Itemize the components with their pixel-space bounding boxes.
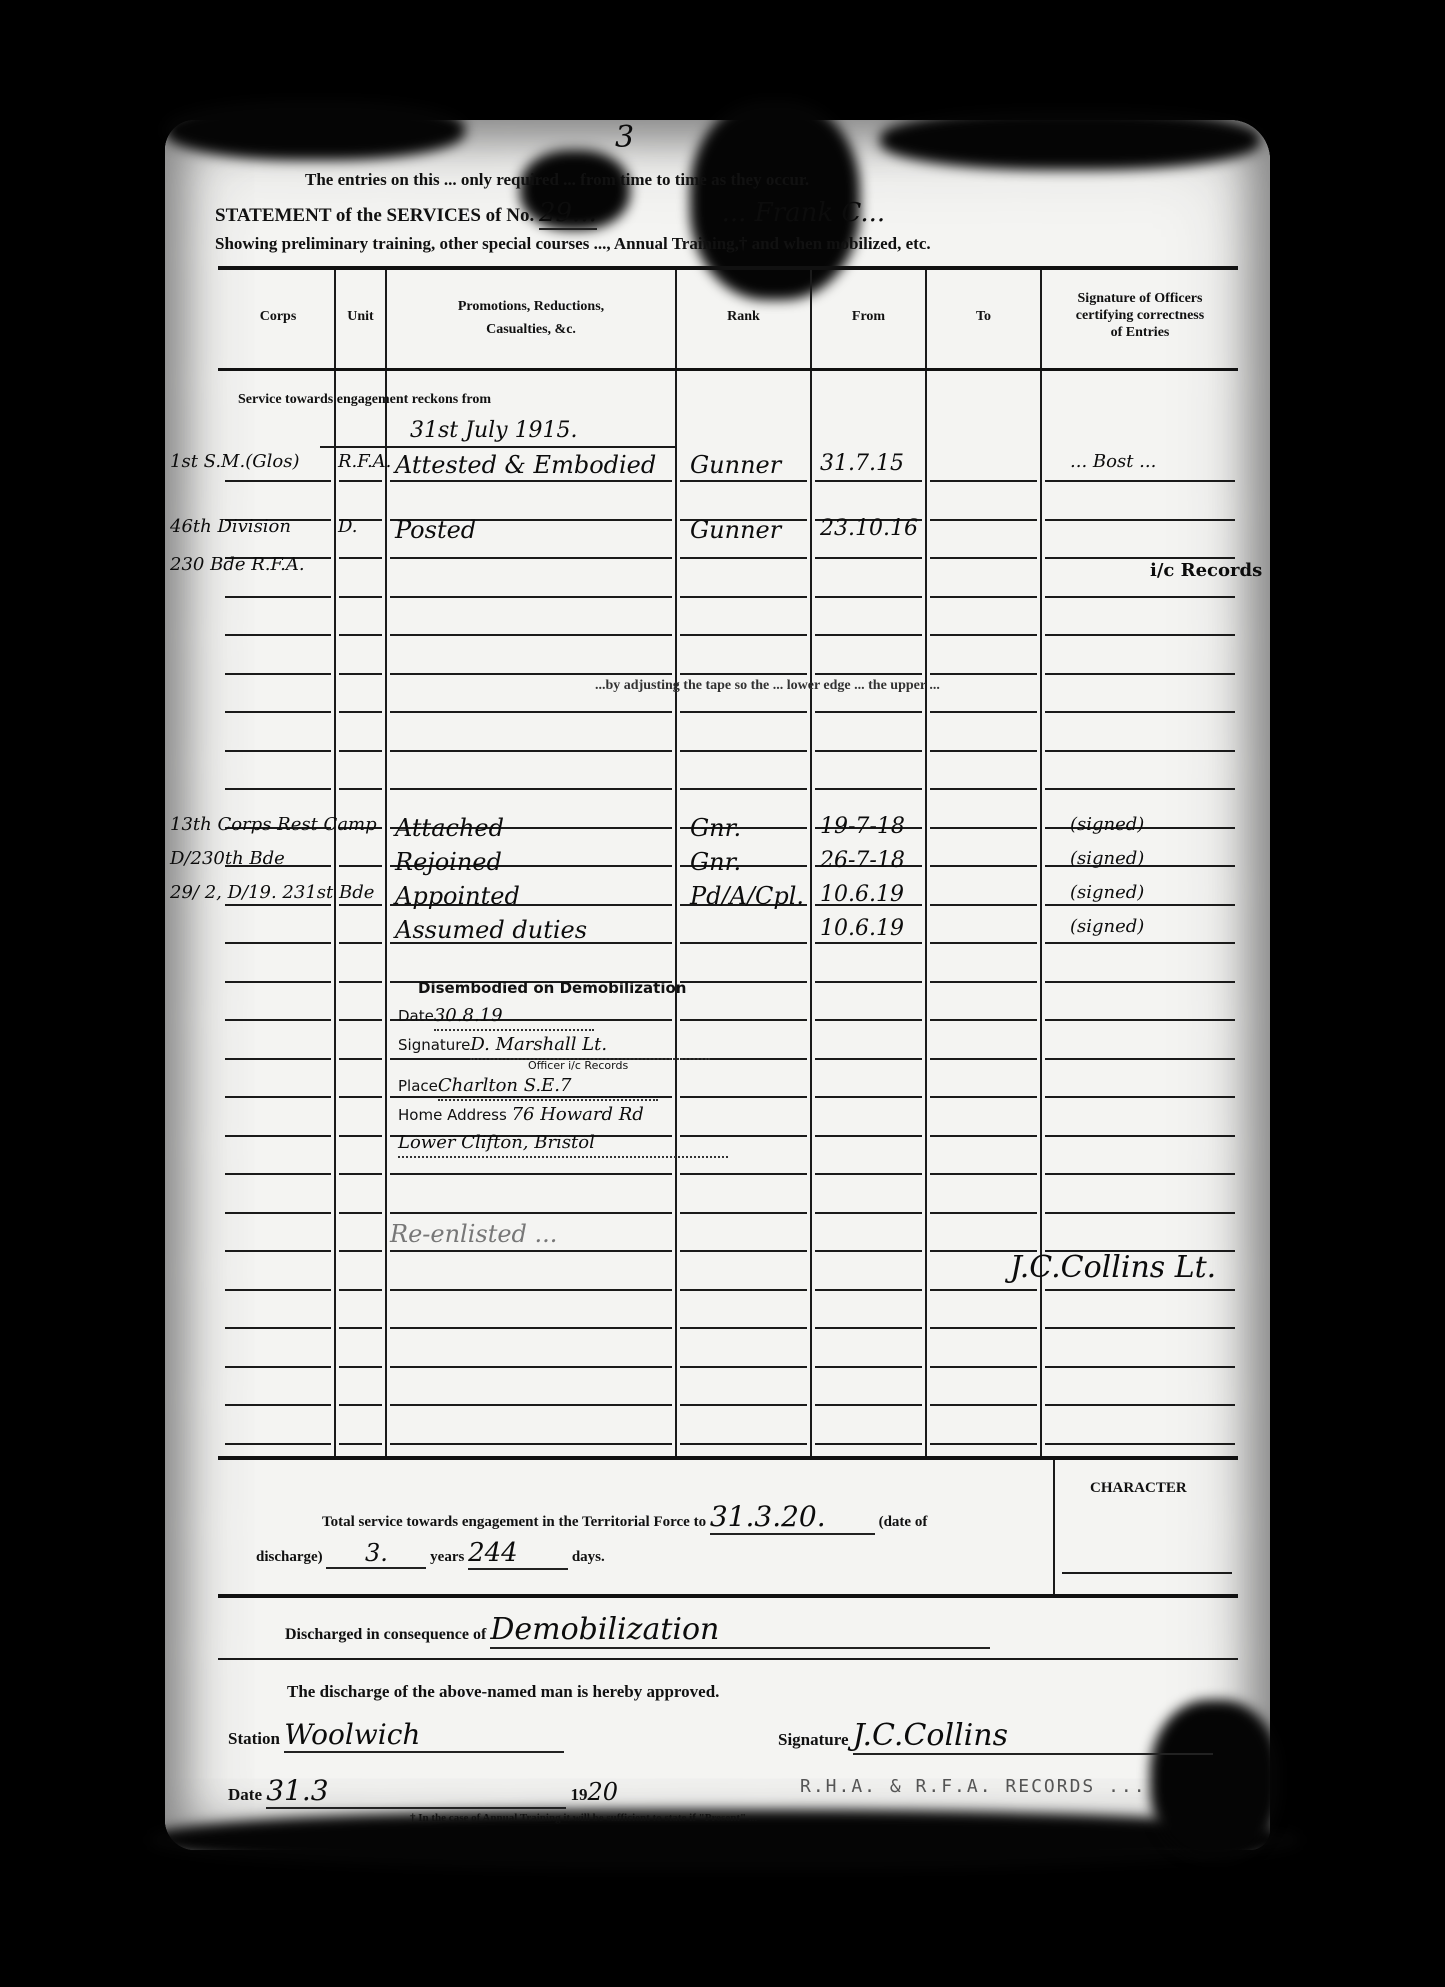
row-rule: [815, 1366, 922, 1368]
row-rule: [225, 1366, 331, 1368]
row-rule: [225, 1443, 331, 1445]
row-rule: [680, 1250, 807, 1252]
row-rule: [390, 1250, 672, 1252]
signature-stamp-records: i/c Records: [1150, 560, 1262, 581]
row-rule: [225, 1289, 331, 1291]
demob-signature-row: SignatureD. Marshall Lt.: [398, 1031, 728, 1060]
row-rule: [339, 1096, 382, 1098]
reckons-underline: [320, 446, 675, 448]
row-rule: [225, 1096, 331, 1098]
row-rule: [339, 1289, 382, 1291]
row-rule: [339, 1212, 382, 1214]
row-rule: [390, 1366, 672, 1368]
entry-officer-signature: (signed): [1070, 882, 1144, 903]
row-rule: [339, 750, 382, 752]
header-promotions: Promotions, Reductions, Casualties, &c.: [387, 298, 675, 338]
row-rule: [339, 1250, 382, 1252]
discharge-label: discharge): [256, 1549, 323, 1565]
entry-corps: D/230th Bde: [170, 848, 285, 869]
row-rule: [930, 596, 1037, 598]
entry-unit: R.F.A.: [338, 451, 391, 472]
row-rule: [225, 1058, 331, 1060]
demob-address-label: Home Address: [398, 1106, 507, 1124]
discharged-reason: Demobilization: [490, 1612, 990, 1649]
row-rule: [339, 981, 382, 983]
row-rule: [1045, 1327, 1235, 1329]
entry-corps: 13th Corps Rest Camp: [170, 814, 377, 835]
reckons-date: 31st July 1915.: [410, 418, 578, 443]
footnote: † In the case of Annual Training it will…: [410, 1812, 757, 1824]
header-promotions-line1: Promotions, Reductions,: [387, 298, 675, 315]
row-rule: [1045, 1096, 1235, 1098]
row-rule: [225, 634, 331, 636]
entry-from: 10.6.19: [820, 916, 904, 941]
row-rule: [225, 750, 331, 752]
demob-signature-value: D. Marshall Lt.: [470, 1031, 710, 1060]
row-rule: [390, 480, 672, 482]
row-rule: [390, 750, 672, 752]
header-signature: Signature of Officers certifying correct…: [1042, 290, 1238, 341]
demob-signature-label: Signature: [398, 1036, 470, 1054]
entry-from: 10.6.19: [820, 882, 904, 907]
row-rule: [930, 942, 1037, 944]
row-rule: [815, 1058, 922, 1060]
date-of-label: (date of: [879, 1514, 928, 1530]
row-rule: [339, 557, 382, 559]
col-divider: [334, 270, 336, 1460]
row-rule: [390, 1404, 672, 1406]
row-rule: [815, 942, 922, 944]
col-divider: [675, 270, 677, 1460]
title-prefix: STATEMENT of the SERVICES of No.: [215, 205, 534, 226]
row-rule: [225, 788, 331, 790]
demob-date-row: Date30.8.19: [398, 1002, 728, 1031]
row-rule: [390, 1212, 672, 1214]
header-bottom-border: [218, 368, 1238, 371]
entry-corps: 46th Division: [170, 516, 291, 537]
row-rule: [339, 1135, 382, 1137]
entry-rank: Gnr.: [690, 848, 741, 876]
row-rule: [1045, 1058, 1235, 1060]
signature-label: Signature: [778, 1730, 849, 1749]
row-rule: [815, 981, 922, 983]
row-rule: [390, 1173, 672, 1175]
row-rule: [930, 480, 1037, 482]
entry-officer-signature: (signed): [1070, 814, 1144, 835]
row-rule: [225, 711, 331, 713]
row-rule: [339, 673, 382, 675]
years-value: 3.: [326, 1539, 426, 1569]
approved-text: The discharge of the above-named man is …: [287, 1682, 719, 1702]
row-rule: [1045, 634, 1235, 636]
row-rule: [815, 1443, 922, 1445]
row-rule: [815, 788, 922, 790]
entry-officer-signature: (signed): [1070, 848, 1144, 869]
entry-from: 31.7.15: [820, 451, 904, 476]
row-rule: [339, 596, 382, 598]
row-rule: [815, 673, 922, 675]
row-rule: [339, 1366, 382, 1368]
row-rule: [930, 557, 1037, 559]
character-underline: [1062, 1572, 1232, 1574]
row-rule: [390, 673, 672, 675]
row-rule: [225, 1019, 331, 1021]
row-rule: [339, 1443, 382, 1445]
date-label: Date: [228, 1785, 262, 1804]
row-rule: [680, 557, 807, 559]
row-rule: [339, 1404, 382, 1406]
row-rule: [680, 750, 807, 752]
row-rule: [225, 596, 331, 598]
row-rule: [930, 904, 1037, 906]
header-signature-line3: of Entries: [1042, 324, 1238, 341]
entry-corps: 1st S.M.(Glos): [170, 451, 299, 472]
row-rule: [390, 634, 672, 636]
entry-corps: 230 Bde R.F.A.: [170, 554, 305, 575]
row-rule: [390, 788, 672, 790]
row-rule: [1045, 1212, 1235, 1214]
row-rule: [225, 480, 331, 482]
header-to: To: [927, 308, 1040, 325]
row-rule: [1045, 981, 1235, 983]
row-rule: [680, 634, 807, 636]
form-title: STATEMENT of the SERVICES of No. 29... .…: [215, 198, 885, 230]
row-rule: [1045, 1404, 1235, 1406]
signature-row: Signature J.C.Collins: [778, 1718, 1213, 1755]
reenlisted-note: Re-enlisted ...: [390, 1220, 557, 1248]
demob-address-line2: Lower Clifton, Bristol: [398, 1129, 728, 1158]
entry-from: 26-7-18: [820, 848, 905, 873]
signature-value: J.C.Collins: [853, 1718, 1213, 1755]
station-value: Woolwich: [284, 1718, 564, 1753]
row-rule: [930, 711, 1037, 713]
row-rule: [1045, 711, 1235, 713]
row-rule: [390, 1289, 672, 1291]
row-rule: [1045, 673, 1235, 675]
entry-rank: Gnr.: [690, 814, 741, 842]
row-rule: [815, 1019, 922, 1021]
row-rule: [225, 904, 331, 906]
row-rule: [680, 1173, 807, 1175]
row-rule: [815, 1250, 922, 1252]
row-rule: [339, 480, 382, 482]
row-rule: [930, 1173, 1037, 1175]
row-rule: [339, 865, 382, 867]
row-rule: [1045, 480, 1235, 482]
header-rank: Rank: [677, 308, 810, 325]
row-rule: [339, 1173, 382, 1175]
demob-address-row: Home Address 76 Howard Rd: [398, 1101, 728, 1129]
row-rule: [225, 981, 331, 983]
instruction-line: The entries on this ... only required ..…: [305, 170, 809, 190]
entry-event: Attached: [395, 814, 504, 842]
demob-officer-label: Officer i/c Records: [528, 1060, 728, 1072]
summary-divider: [218, 1594, 1238, 1598]
character-divider: [1053, 1460, 1055, 1595]
row-rule: [680, 1443, 807, 1445]
row-rule: [390, 557, 672, 559]
row-rule: [680, 1212, 807, 1214]
row-rule: [930, 1443, 1037, 1445]
row-rule: [339, 1058, 382, 1060]
row-rule: [930, 519, 1037, 521]
entry-rank: Gunner: [690, 451, 781, 479]
col-divider: [810, 270, 812, 1460]
row-rule: [930, 1366, 1037, 1368]
form-subtitle: Showing preliminary training, other spec…: [215, 234, 931, 254]
row-rule: [225, 1327, 331, 1329]
row-rule: [225, 673, 331, 675]
col-divider: [925, 270, 927, 1460]
row-rule: [930, 1212, 1037, 1214]
discharged-row: Discharged in consequence of Demobilizat…: [285, 1612, 990, 1649]
col-divider: [385, 270, 387, 1460]
row-rule: [390, 1327, 672, 1329]
entry-event: Rejoined: [395, 848, 502, 876]
row-rule: [339, 1019, 382, 1021]
row-rule: [1045, 596, 1235, 598]
row-rule: [930, 1019, 1037, 1021]
station-row: Station Woolwich: [228, 1718, 564, 1753]
row-rule: [815, 1173, 922, 1175]
row-rule: [339, 711, 382, 713]
row-rule: [930, 788, 1037, 790]
year-prefix: 19: [570, 1785, 587, 1804]
row-rule: [339, 904, 382, 906]
demob-stamp: Disembodied on Demobilization Date30.8.1…: [398, 975, 728, 1158]
total-service-row: Total service towards engagement in the …: [322, 1500, 927, 1535]
row-rule: [815, 1212, 922, 1214]
years-label: years: [430, 1549, 464, 1565]
officer-signature: J.C.Collins Lt.: [1010, 1250, 1216, 1285]
header-promotions-line2: Casualties, &c.: [387, 321, 675, 338]
row-rule: [339, 942, 382, 944]
row-rule: [680, 1289, 807, 1291]
header-corps: Corps: [222, 308, 334, 325]
row-rule: [225, 1250, 331, 1252]
row-rule: [930, 1404, 1037, 1406]
demob-place-label: Place: [398, 1077, 438, 1095]
header-from: From: [812, 308, 925, 325]
row-rule: [390, 711, 672, 713]
row-rule: [680, 942, 807, 944]
reckons-label: Service towards engagement reckons from: [238, 392, 491, 408]
row-rule: [930, 750, 1037, 752]
row-rule: [1045, 1173, 1235, 1175]
demob-place-row: PlaceCharlton S.E.7: [398, 1072, 728, 1101]
demob-place-value: Charlton S.E.7: [438, 1072, 658, 1101]
row-rule: [815, 711, 922, 713]
page-mark: 3: [615, 120, 634, 155]
row-rule: [390, 596, 672, 598]
discharged-label: Discharged in consequence of: [285, 1626, 486, 1643]
row-rule: [1045, 1443, 1235, 1445]
entry-corps: 29/ 2, D/19. 231st Bde: [170, 882, 374, 903]
entry-rank: Pd/A/Cpl.: [690, 882, 804, 910]
row-rule: [930, 865, 1037, 867]
row-rule: [339, 788, 382, 790]
entry-from: 19-7-18: [820, 814, 905, 839]
row-rule: [680, 788, 807, 790]
row-rule: [815, 596, 922, 598]
header-signature-line2: certifying correctness: [1042, 307, 1238, 324]
table-top-border: [218, 266, 1238, 270]
date-value: 31.3: [266, 1774, 566, 1809]
row-rule: [930, 673, 1037, 675]
header-unit: Unit: [336, 308, 385, 325]
row-rule: [930, 1096, 1037, 1098]
row-rule: [225, 1173, 331, 1175]
row-rule: [930, 1327, 1037, 1329]
row-rule: [815, 1327, 922, 1329]
row-rule: [930, 827, 1037, 829]
row-rule: [225, 942, 331, 944]
row-rule: [680, 596, 807, 598]
row-rule: [680, 480, 807, 482]
row-rule: [815, 1096, 922, 1098]
soldier-name: ... Frank C...: [722, 198, 886, 228]
row-rule: [815, 557, 922, 559]
row-rule: [930, 1289, 1037, 1291]
entry-event: Assumed duties: [395, 916, 587, 944]
row-rule: [1045, 942, 1235, 944]
date-row: Date 31.3 1920: [228, 1774, 618, 1809]
total-service-date: 31.3.20.: [710, 1500, 875, 1535]
row-rule: [680, 1404, 807, 1406]
row-rule: [1045, 1289, 1235, 1291]
row-rule: [1045, 904, 1235, 906]
character-label: CHARACTER: [1090, 1480, 1187, 1497]
tape-note: ...by adjusting the tape so the ... lowe…: [595, 678, 940, 694]
row-rule: [815, 1404, 922, 1406]
row-rule: [390, 1443, 672, 1445]
row-rule: [1045, 557, 1235, 559]
reason-divider: [218, 1658, 1238, 1660]
row-rule: [225, 1135, 331, 1137]
header-signature-line1: Signature of Officers: [1042, 290, 1238, 307]
entry-event: Attested & Embodied: [395, 451, 656, 479]
row-rule: [1045, 1019, 1235, 1021]
entry-unit: D.: [338, 516, 358, 537]
row-rule: [930, 1058, 1037, 1060]
row-rule: [1045, 750, 1235, 752]
total-service-label: Total service towards engagement in the …: [322, 1514, 706, 1530]
row-rule: [1045, 788, 1235, 790]
service-number: 29...: [539, 198, 597, 230]
demob-heading: Disembodied on Demobilization: [418, 975, 728, 1002]
entry-from: 23.10.16: [820, 516, 918, 541]
records-stamp: R.H.A. & R.F.A. RECORDS ...: [800, 1776, 1147, 1797]
row-rule: [225, 1404, 331, 1406]
row-rule: [339, 634, 382, 636]
row-rule: [339, 1327, 382, 1329]
row-rule: [680, 1327, 807, 1329]
station-label: Station: [228, 1729, 280, 1748]
row-rule: [930, 634, 1037, 636]
damage-blot: [165, 100, 465, 160]
row-rule: [680, 673, 807, 675]
row-rule: [930, 1135, 1037, 1137]
table-bottom-border: [218, 1456, 1238, 1460]
demob-address-line1: 76 Howard Rd: [512, 1104, 644, 1125]
entry-rank: Gunner: [690, 516, 781, 544]
row-rule: [1045, 1135, 1235, 1137]
row-rule: [815, 1289, 922, 1291]
days-label: days.: [572, 1549, 605, 1565]
row-rule: [680, 1366, 807, 1368]
row-rule: [815, 480, 922, 482]
year-value: 20: [587, 1778, 618, 1806]
entry-officer-signature: (signed): [1070, 916, 1144, 937]
row-rule: [225, 1212, 331, 1214]
discharge-period-row: discharge) 3. years 244 days.: [256, 1538, 605, 1570]
row-rule: [815, 1135, 922, 1137]
row-rule: [815, 750, 922, 752]
row-rule: [1045, 519, 1235, 521]
entry-officer-signature: ... Bost ...: [1070, 451, 1156, 472]
demob-date-value: 30.8.19: [434, 1002, 594, 1031]
row-rule: [680, 711, 807, 713]
demob-date-label: Date: [398, 1007, 434, 1025]
entry-event: Posted: [395, 516, 476, 544]
row-rule: [815, 634, 922, 636]
row-rule: [930, 981, 1037, 983]
row-rule: [1045, 1366, 1235, 1368]
days-value: 244: [468, 1538, 568, 1570]
entry-event: Appointed: [395, 882, 520, 910]
damage-blot: [880, 110, 1260, 170]
